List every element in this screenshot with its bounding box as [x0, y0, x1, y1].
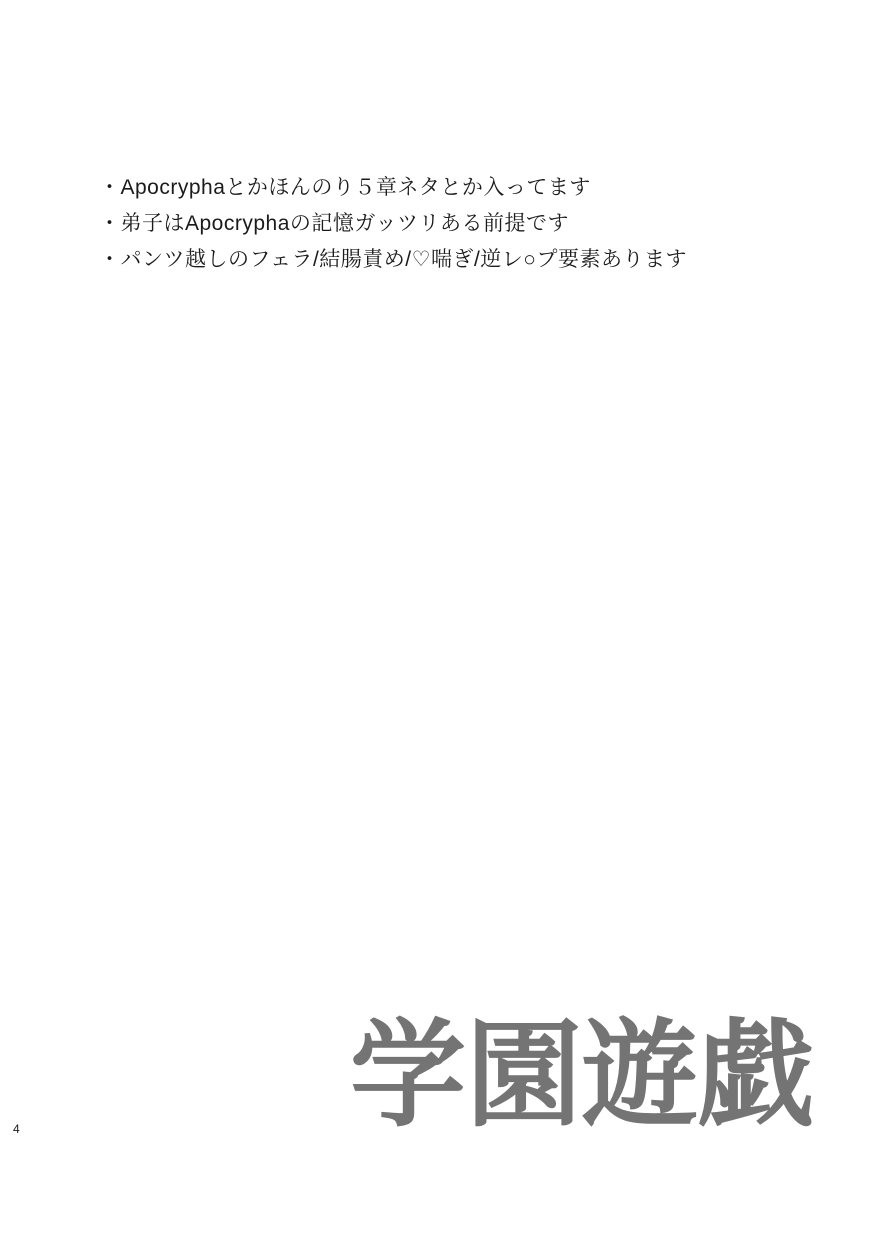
chapter-title: 学園遊戯 [350, 1008, 840, 1147]
content-warning-notes: ・Apocryphaとかほんのり５章ネタとか入ってます ・弟子はApocryph… [99, 170, 687, 278]
note-line-3: ・パンツ越しのフェラ/結腸責め/♡喘ぎ/逆レ○プ要素あります [99, 242, 687, 278]
note-line-2: ・弟子はApocryphaの記憶ガッツリある前提です [99, 206, 687, 242]
page-number: 4 [13, 1122, 20, 1136]
document-page: ・Apocryphaとかほんのり５章ネタとか入ってます ・弟子はApocryph… [0, 0, 888, 1242]
note-line-1: ・Apocryphaとかほんのり５章ネタとか入ってます [99, 170, 687, 206]
